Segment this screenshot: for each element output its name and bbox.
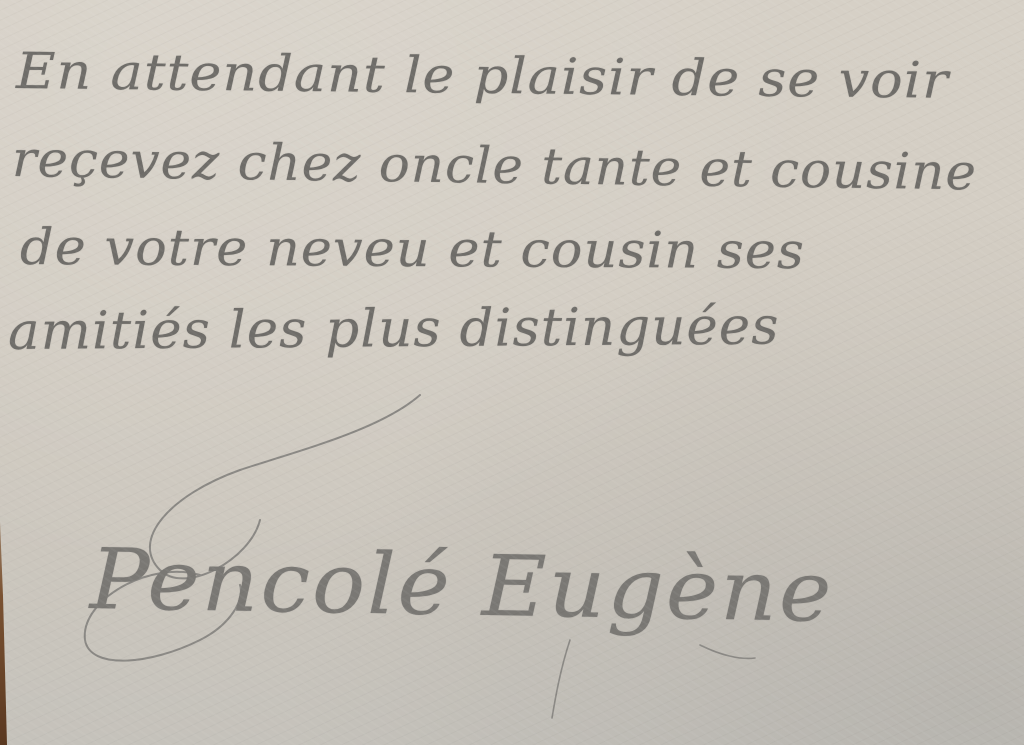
text-line-2: reçevez chez oncle tante et cousine <box>12 130 978 201</box>
text-line-4: amitiés les plus distinguées <box>8 297 780 362</box>
signature: Pencolé Eugène <box>89 530 834 641</box>
photo-frame: En attendant le plaisir de se voir reçev… <box>0 0 1024 745</box>
text-line-1: En attendant le plaisir de se voir <box>16 42 950 110</box>
text-line-3: de votre neveu et cousin ses <box>20 218 805 280</box>
paper-note: En attendant le plaisir de se voir reçev… <box>0 0 1024 745</box>
